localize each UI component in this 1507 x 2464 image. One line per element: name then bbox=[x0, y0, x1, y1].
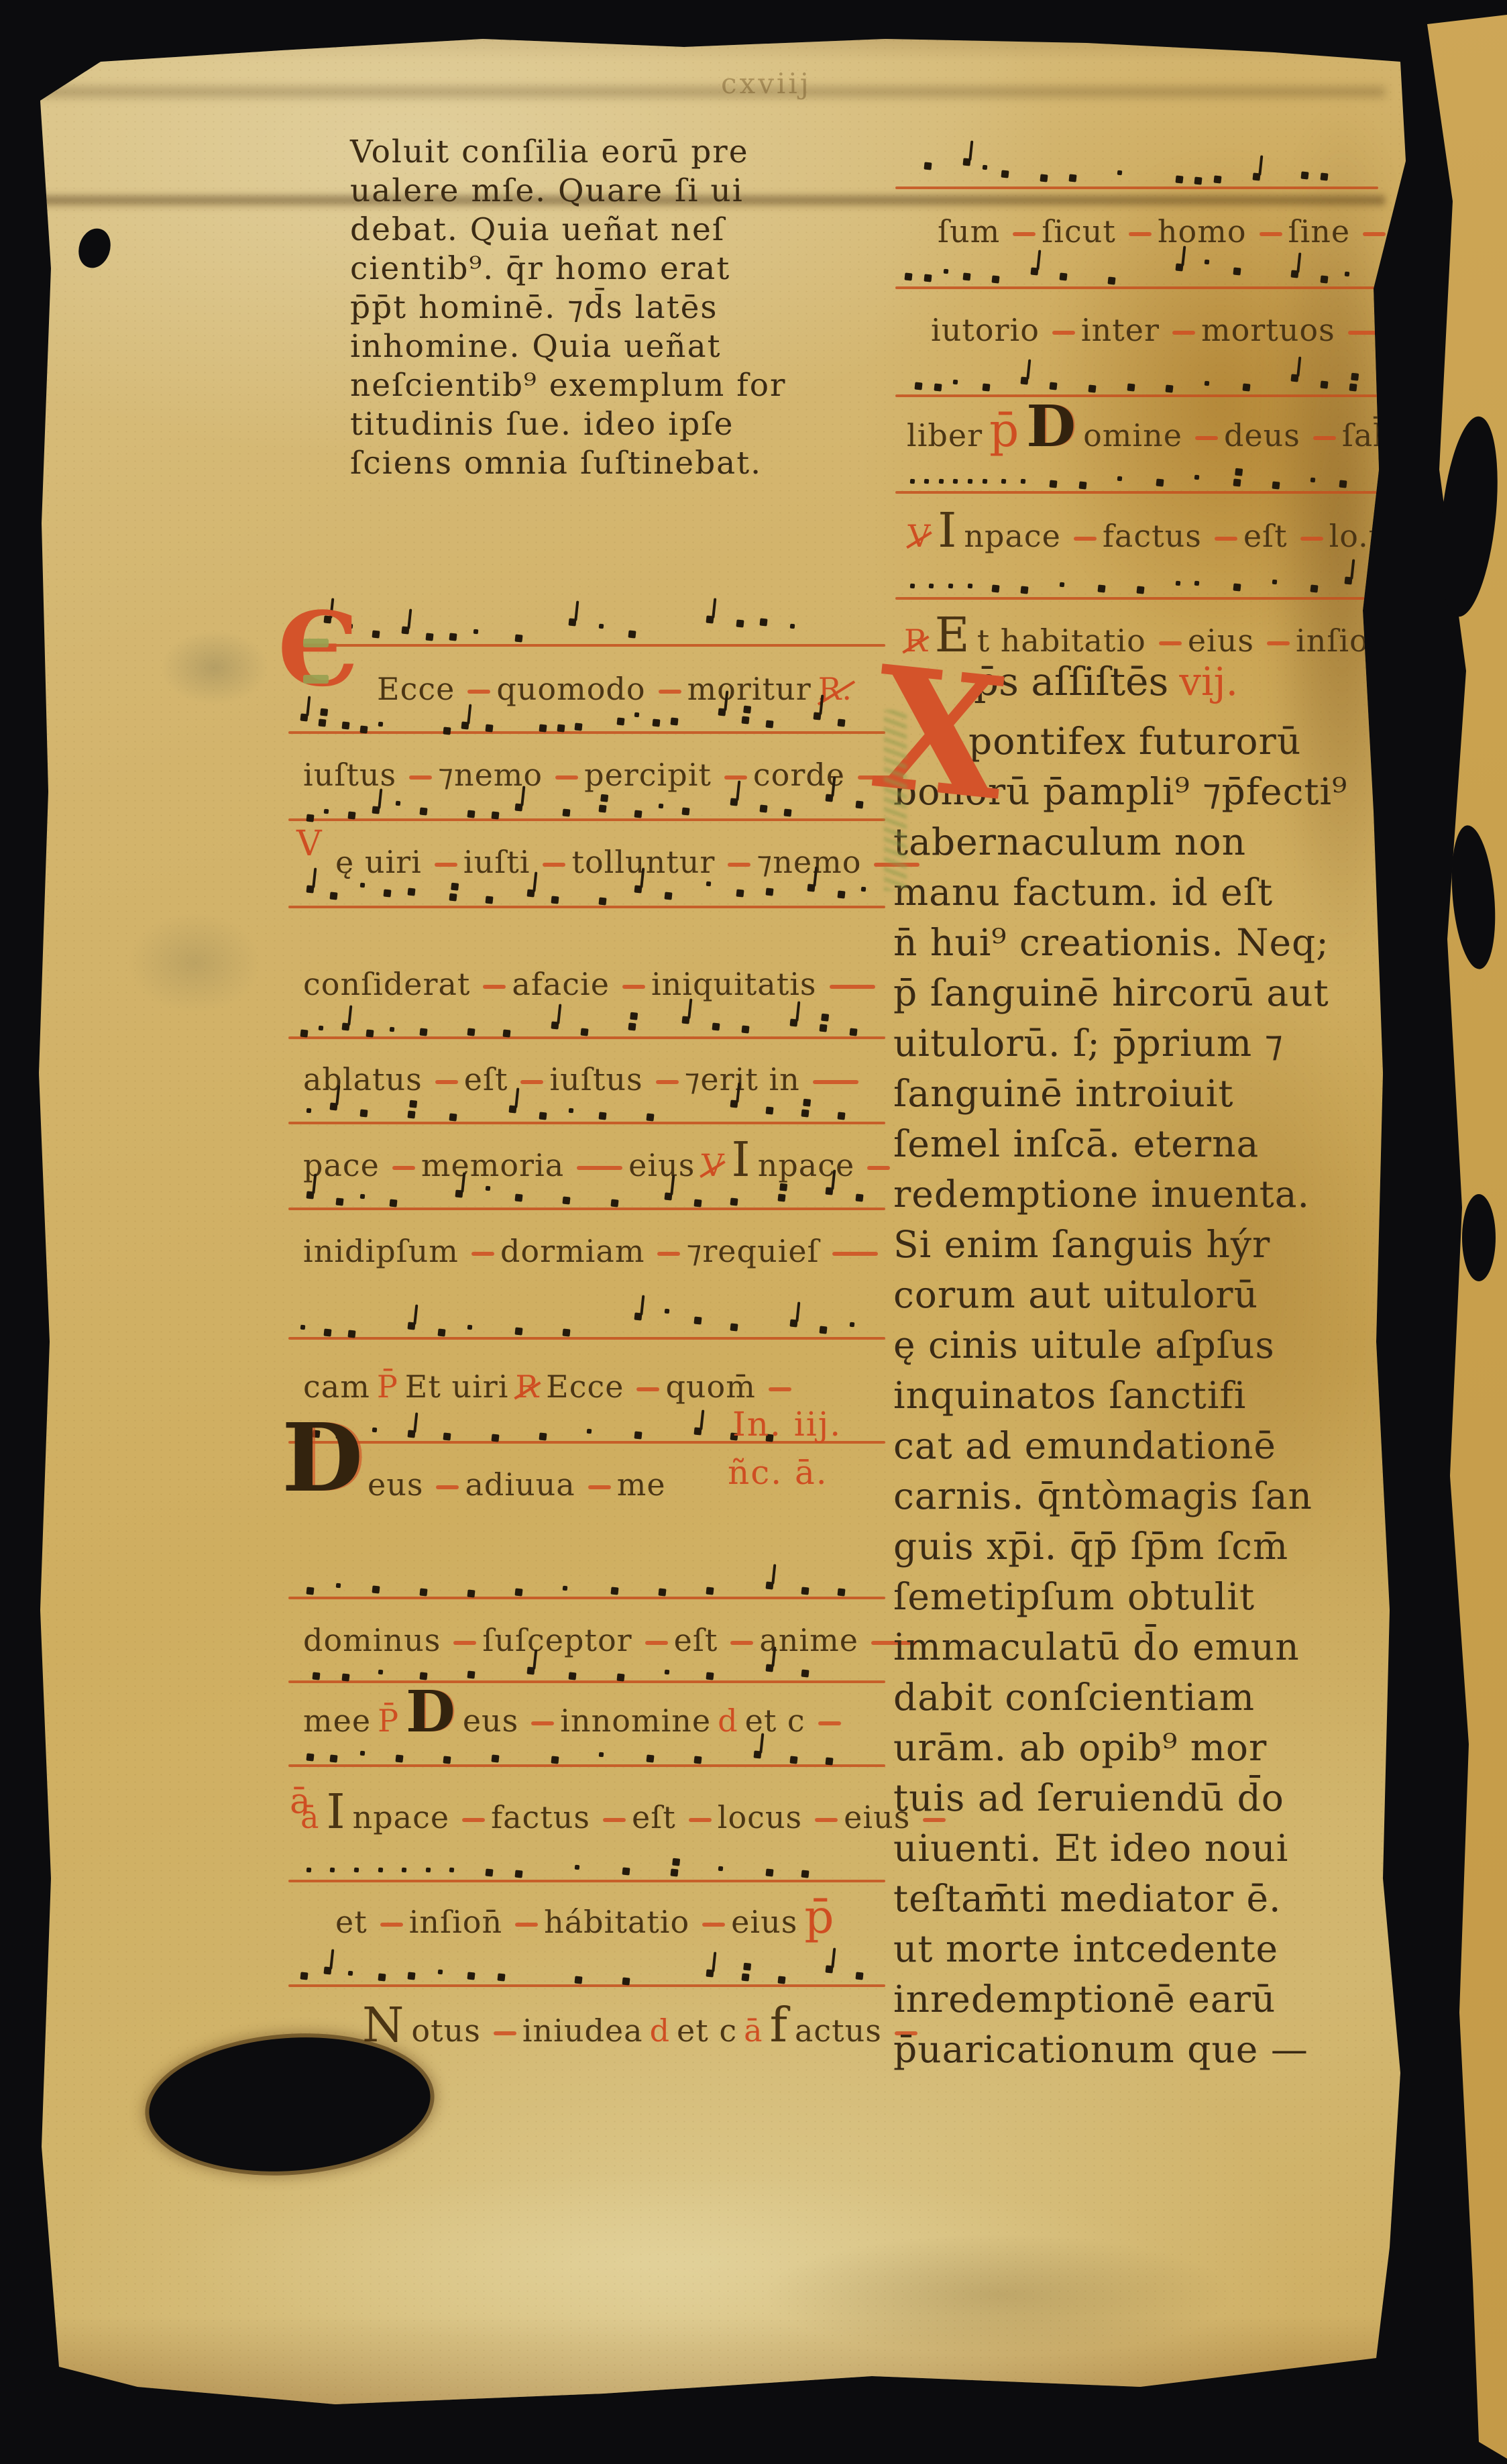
neume bbox=[658, 804, 663, 809]
neume bbox=[694, 1756, 702, 1764]
text-line: uiuenti. Et ideo noui bbox=[893, 1823, 1390, 1874]
lyric-token: I bbox=[326, 1784, 345, 1839]
neume bbox=[318, 718, 326, 727]
neume bbox=[953, 380, 958, 385]
syllable-separator bbox=[577, 1166, 622, 1170]
neume bbox=[634, 1312, 643, 1320]
neume bbox=[359, 883, 365, 888]
neume bbox=[777, 1976, 785, 1984]
neume bbox=[807, 883, 816, 892]
neume bbox=[425, 633, 433, 641]
neume bbox=[330, 1754, 338, 1762]
neume bbox=[929, 584, 934, 589]
neume bbox=[694, 1316, 702, 1324]
neume bbox=[437, 1328, 445, 1336]
neume bbox=[754, 1750, 762, 1758]
neume bbox=[569, 1672, 577, 1680]
syllable-separator bbox=[815, 1818, 838, 1822]
neume bbox=[324, 1966, 332, 1974]
text-line: corum aut uitulorū bbox=[893, 1270, 1390, 1320]
lyric-token: homo bbox=[1158, 213, 1247, 250]
neume bbox=[306, 1868, 311, 1873]
neume bbox=[991, 584, 999, 592]
neume bbox=[760, 618, 768, 626]
lyric-token: iniudea bbox=[522, 2013, 643, 2049]
neume bbox=[777, 1193, 785, 1201]
syllable-separator bbox=[730, 1641, 753, 1645]
lyric-token: factus bbox=[1103, 518, 1202, 554]
neume bbox=[706, 1672, 714, 1680]
neume bbox=[1310, 584, 1319, 592]
neume bbox=[1156, 478, 1164, 486]
lyric-token: R bbox=[516, 1369, 540, 1405]
neume bbox=[449, 893, 457, 901]
lyric-token: afacie bbox=[512, 966, 610, 1002]
syllable-separator bbox=[1348, 331, 1394, 335]
neume bbox=[485, 896, 493, 904]
lyric-token: npace bbox=[353, 1799, 449, 1835]
lyric-token: f bbox=[770, 1997, 788, 2053]
neume bbox=[551, 1756, 559, 1764]
neume bbox=[563, 1328, 571, 1336]
neume bbox=[437, 1970, 443, 1975]
neume bbox=[300, 1325, 305, 1330]
syllable-separator bbox=[1013, 232, 1036, 236]
neume bbox=[736, 619, 744, 627]
neume bbox=[526, 1666, 535, 1674]
syllable-separator bbox=[1260, 232, 1282, 236]
neume bbox=[407, 1972, 415, 1980]
neume bbox=[616, 1673, 624, 1681]
neume bbox=[1098, 584, 1106, 592]
neume bbox=[390, 1199, 398, 1207]
neume-row bbox=[895, 360, 1378, 403]
neume bbox=[1233, 267, 1241, 275]
neume bbox=[736, 889, 744, 897]
lyric-token: eius bbox=[1188, 623, 1254, 659]
neume bbox=[634, 1431, 643, 1439]
neume bbox=[1001, 170, 1009, 178]
neume bbox=[1349, 383, 1357, 391]
neume bbox=[1175, 175, 1183, 183]
lyric-line: liberp̄Dominedeusſal̄dei bbox=[907, 417, 1453, 453]
neume bbox=[342, 721, 350, 729]
neume-row bbox=[895, 562, 1378, 605]
neume bbox=[820, 1326, 828, 1334]
syllable-separator bbox=[769, 1387, 791, 1391]
syllable-separator bbox=[380, 1923, 403, 1927]
rubric-a: ā bbox=[290, 1782, 311, 1822]
lyric-line: inidipſumdormiam⁊requieſ bbox=[303, 1233, 884, 1269]
neume bbox=[342, 1673, 350, 1681]
neume bbox=[914, 382, 922, 390]
neume bbox=[1078, 481, 1086, 489]
neume bbox=[1344, 272, 1349, 277]
lyric-token: eus bbox=[368, 1466, 423, 1503]
text-line: inquinatos ſanctifi bbox=[893, 1371, 1390, 1421]
lyric-token: ſicut bbox=[1042, 213, 1116, 250]
syllable-separator bbox=[543, 863, 565, 867]
lyric-line: iutoriointermortuos bbox=[931, 312, 1400, 348]
text-line: redemptione inuenta. bbox=[893, 1169, 1390, 1220]
lyric-token: iniquitatis bbox=[651, 966, 817, 1002]
neume bbox=[419, 807, 427, 815]
neume bbox=[372, 1585, 380, 1593]
neume bbox=[396, 801, 401, 806]
neume bbox=[789, 1756, 797, 1764]
neume bbox=[664, 1309, 669, 1314]
neume bbox=[467, 1589, 475, 1597]
neume bbox=[300, 1972, 308, 1980]
neume bbox=[765, 888, 773, 896]
lyric-line: eusadiuuame bbox=[368, 1466, 673, 1503]
neume bbox=[1175, 581, 1180, 586]
neume bbox=[1136, 586, 1144, 594]
neume bbox=[359, 1109, 368, 1117]
neume bbox=[616, 717, 624, 725]
neume bbox=[378, 1670, 383, 1675]
neume bbox=[563, 1196, 571, 1204]
neume bbox=[718, 708, 726, 716]
neume bbox=[575, 1865, 580, 1870]
neume bbox=[425, 1868, 431, 1873]
lyric-token: I bbox=[938, 502, 957, 558]
neume bbox=[1320, 380, 1328, 388]
neume bbox=[515, 1327, 523, 1335]
neume-row bbox=[288, 1845, 885, 1888]
neume bbox=[760, 804, 768, 812]
lyric-token: inſion bbox=[1296, 623, 1389, 659]
neume bbox=[1030, 267, 1038, 275]
syllable-separator bbox=[657, 1252, 680, 1256]
syllable-separator bbox=[1215, 537, 1237, 541]
neume bbox=[730, 1197, 738, 1206]
neume bbox=[563, 808, 571, 816]
neume-row bbox=[288, 1646, 885, 1689]
neume bbox=[485, 724, 493, 732]
lyric-token: d bbox=[1390, 417, 1410, 453]
syllable-separator bbox=[689, 1818, 712, 1822]
lyric-token: mortuos bbox=[1201, 312, 1335, 348]
lyric-token: ā bbox=[744, 2013, 763, 2049]
neume bbox=[378, 1973, 386, 1981]
neume bbox=[765, 1106, 773, 1114]
neume bbox=[730, 1100, 738, 1108]
text-line: ſciens omnia ſuſtinebat. bbox=[350, 444, 907, 483]
neume bbox=[587, 1429, 592, 1434]
neume bbox=[330, 892, 338, 900]
text-line: dabit conſcientiam bbox=[893, 1672, 1390, 1723]
text-line: Voluit conſilia eorū pre bbox=[350, 133, 907, 172]
neume bbox=[622, 1977, 630, 1985]
neume bbox=[336, 1197, 344, 1206]
neume bbox=[1175, 263, 1183, 271]
neume bbox=[461, 721, 469, 729]
neume bbox=[664, 1192, 672, 1200]
neume bbox=[306, 1191, 314, 1199]
neume bbox=[1088, 384, 1096, 392]
neume bbox=[312, 1672, 320, 1680]
syllable-separator bbox=[622, 985, 645, 989]
heading-numeral: vij. bbox=[1179, 659, 1238, 704]
initial-X-flourish bbox=[884, 710, 907, 891]
syllable-separator bbox=[483, 985, 506, 989]
syllable-separator bbox=[1052, 331, 1075, 335]
neume bbox=[569, 618, 577, 626]
folio-number: cxviij bbox=[721, 67, 812, 100]
syllable-separator bbox=[1074, 537, 1097, 541]
text-line: Si enim ſanguis hýr bbox=[893, 1220, 1390, 1270]
neume bbox=[449, 1868, 455, 1873]
neume bbox=[742, 716, 750, 724]
lyric-token: otus bbox=[411, 2013, 480, 2049]
neume bbox=[509, 1105, 517, 1113]
neume bbox=[598, 1752, 604, 1758]
neume bbox=[670, 1868, 678, 1876]
lyric-token: ſine bbox=[1288, 213, 1351, 250]
neume bbox=[801, 1669, 810, 1677]
neume-row bbox=[288, 1302, 885, 1345]
neume bbox=[801, 1587, 810, 1595]
neume bbox=[924, 479, 930, 484]
syllable-separator bbox=[1363, 232, 1386, 236]
neume bbox=[1214, 175, 1222, 183]
neume bbox=[861, 887, 867, 892]
lyric-token: eius bbox=[731, 1904, 797, 1940]
neume bbox=[563, 1586, 568, 1591]
syllable-separator bbox=[531, 1721, 554, 1725]
text-line: inredemptionē earū bbox=[893, 1974, 1390, 2025]
neume bbox=[324, 809, 329, 814]
neume bbox=[837, 718, 845, 727]
lyric-token: et c bbox=[677, 2013, 737, 2049]
neume bbox=[658, 1588, 666, 1596]
neume bbox=[491, 811, 499, 819]
neume bbox=[330, 1868, 335, 1873]
neume bbox=[539, 1112, 547, 1120]
lyric-token: p̄ bbox=[804, 1890, 834, 1944]
lyric-token: Ecce bbox=[546, 1369, 624, 1405]
neume bbox=[855, 1972, 863, 1980]
neume-row bbox=[288, 1562, 885, 1605]
neume-row bbox=[895, 252, 1378, 294]
neume bbox=[682, 807, 690, 815]
neume bbox=[820, 1024, 828, 1032]
neume bbox=[1117, 476, 1123, 482]
neume bbox=[1107, 276, 1115, 284]
neume bbox=[1272, 580, 1277, 585]
neume bbox=[801, 1870, 810, 1878]
neume bbox=[407, 888, 415, 896]
neume bbox=[598, 1112, 606, 1120]
text-line: tuis ad ſeruiendū d̄o bbox=[893, 1773, 1390, 1823]
neume bbox=[837, 1112, 845, 1120]
syllable-separator bbox=[494, 2031, 516, 2035]
lyric-line: Notusiniudeadet cāfactus bbox=[362, 2013, 924, 2049]
lyric-token: inidipſum bbox=[303, 1233, 459, 1269]
neume bbox=[706, 881, 712, 887]
right-column-heading: p̄s aſſiſtēsvij. bbox=[974, 659, 1238, 704]
neume bbox=[622, 1867, 630, 1875]
neume-row bbox=[288, 871, 885, 914]
neume bbox=[634, 885, 643, 893]
neume bbox=[366, 1029, 374, 1037]
neume bbox=[300, 1029, 308, 1037]
neume bbox=[962, 158, 970, 166]
neume bbox=[581, 1028, 589, 1036]
neume bbox=[515, 1870, 523, 1878]
initial-D: D bbox=[282, 1411, 363, 1505]
neume-row bbox=[895, 456, 1378, 499]
initial-E: Є bbox=[278, 598, 359, 700]
neume bbox=[682, 1016, 690, 1024]
neume bbox=[982, 165, 987, 170]
neume bbox=[372, 630, 380, 638]
neume bbox=[1320, 172, 1328, 180]
neume bbox=[664, 1670, 669, 1675]
neume bbox=[467, 810, 475, 818]
neume bbox=[801, 1109, 810, 1117]
neume bbox=[924, 162, 932, 170]
neume bbox=[825, 1965, 833, 1973]
neume bbox=[551, 896, 559, 904]
neume bbox=[402, 626, 410, 634]
initial-E-green-bar bbox=[303, 639, 329, 647]
lyric-token: p̄ bbox=[989, 404, 1019, 458]
syllable-separator bbox=[1195, 436, 1218, 440]
lyric-token: deus bbox=[1224, 417, 1300, 453]
text-line: ę cinis uitule aſpſus bbox=[893, 1320, 1390, 1371]
neume bbox=[598, 624, 604, 629]
neume bbox=[742, 1025, 750, 1033]
lyric-token: V bbox=[908, 518, 931, 554]
neume-row bbox=[288, 1949, 885, 1992]
syllable-separator bbox=[724, 775, 747, 780]
syllable-separator bbox=[555, 775, 578, 780]
neume-row bbox=[895, 152, 1378, 195]
neume bbox=[1117, 170, 1123, 176]
neume-row bbox=[288, 1002, 885, 1044]
syllable-separator bbox=[830, 985, 875, 989]
neume bbox=[948, 584, 954, 589]
neume bbox=[378, 722, 383, 727]
syllable-separator bbox=[1402, 641, 1447, 645]
neume bbox=[968, 584, 973, 589]
neume bbox=[598, 897, 606, 905]
neume bbox=[789, 1018, 797, 1026]
neume bbox=[467, 1325, 473, 1330]
neume bbox=[443, 1432, 451, 1440]
neume bbox=[837, 1588, 845, 1596]
syllable-separator bbox=[435, 1080, 458, 1084]
neume bbox=[515, 1193, 523, 1201]
neume bbox=[855, 800, 863, 808]
neume bbox=[1243, 383, 1251, 391]
lyric-token: Et uiri bbox=[405, 1369, 509, 1405]
neume bbox=[825, 1187, 833, 1195]
neume bbox=[706, 1969, 714, 1977]
neume bbox=[491, 1434, 499, 1442]
neume bbox=[1252, 172, 1260, 180]
neume bbox=[765, 720, 773, 728]
text-line: ſemel inſcā. eterna bbox=[893, 1119, 1390, 1169]
lyric-token: liber bbox=[907, 417, 983, 453]
neume bbox=[1233, 478, 1241, 486]
neume bbox=[455, 1189, 463, 1197]
neume-row bbox=[288, 1173, 885, 1216]
text-line: uitulorū. ſ; p̄prium ⁊ bbox=[893, 1018, 1390, 1069]
light-patch bbox=[168, 2174, 1174, 2348]
neume bbox=[347, 1330, 355, 1338]
neume bbox=[1320, 275, 1328, 283]
lyric-token: lo.uſ.ei bbox=[1329, 518, 1441, 554]
neume bbox=[1339, 480, 1347, 488]
neume bbox=[1204, 381, 1209, 386]
syllable-separator bbox=[1313, 436, 1336, 440]
neume bbox=[342, 1022, 350, 1030]
neume bbox=[905, 272, 913, 280]
lyric-token: locus bbox=[718, 1799, 802, 1835]
syllable-separator bbox=[409, 775, 432, 780]
text-line: guis xp̄i. q̄p̄ ſp̄m ſcm̄ bbox=[893, 1521, 1390, 1572]
neume bbox=[610, 1199, 618, 1207]
neume bbox=[1194, 176, 1203, 184]
lyric-token: eſt bbox=[1243, 518, 1288, 554]
text-line: titudinis ſue. ideo ipſe bbox=[350, 405, 907, 444]
neume bbox=[419, 1588, 427, 1596]
neume bbox=[855, 1193, 863, 1201]
neume bbox=[694, 1427, 702, 1435]
neume bbox=[706, 1587, 714, 1595]
neume bbox=[1059, 582, 1064, 588]
grey-spot bbox=[161, 631, 268, 704]
neume bbox=[330, 1102, 338, 1110]
lyric-token: eſt bbox=[632, 1799, 676, 1835]
neume bbox=[730, 1323, 738, 1331]
neume bbox=[407, 1110, 415, 1118]
initial-E-green-bar bbox=[303, 675, 329, 684]
neume bbox=[646, 1754, 654, 1762]
rubric-v-initial: V bbox=[296, 824, 322, 864]
neume bbox=[991, 275, 999, 283]
neume bbox=[646, 1113, 654, 1121]
lyric-token: inter bbox=[1081, 312, 1160, 348]
neume bbox=[849, 1028, 857, 1036]
neume bbox=[1194, 475, 1200, 480]
neume bbox=[449, 633, 457, 641]
lyric-token: et bbox=[335, 1904, 368, 1940]
neume bbox=[569, 1108, 574, 1114]
text-line: p̄p̄t hominē. ⁊d̄s latēs bbox=[350, 288, 907, 327]
shadow-patch bbox=[765, 2234, 1234, 2355]
neume bbox=[539, 724, 547, 732]
lyric-token: me bbox=[617, 1466, 666, 1503]
lyric-line: āInpacefactuseſtlocuseius bbox=[300, 1799, 952, 1835]
neume bbox=[318, 1026, 323, 1031]
syllable-separator bbox=[462, 1818, 485, 1822]
neume bbox=[944, 269, 949, 274]
neume bbox=[1021, 479, 1026, 484]
neume bbox=[938, 479, 944, 484]
lyric-line: VInpacefactuseſtlo.uſ.ei bbox=[908, 518, 1483, 554]
neume bbox=[765, 1868, 773, 1876]
neume bbox=[407, 1430, 415, 1438]
text-line: n̄ hui⁹ creationis. Neq; bbox=[893, 918, 1390, 968]
lyric-token: conſiderat bbox=[303, 966, 470, 1002]
neume bbox=[849, 1322, 854, 1328]
lyric-line: camP̄Et uiriREccequom̄ bbox=[303, 1369, 797, 1405]
text-line: teſtam̄ti mediator ē. bbox=[893, 1874, 1390, 1924]
